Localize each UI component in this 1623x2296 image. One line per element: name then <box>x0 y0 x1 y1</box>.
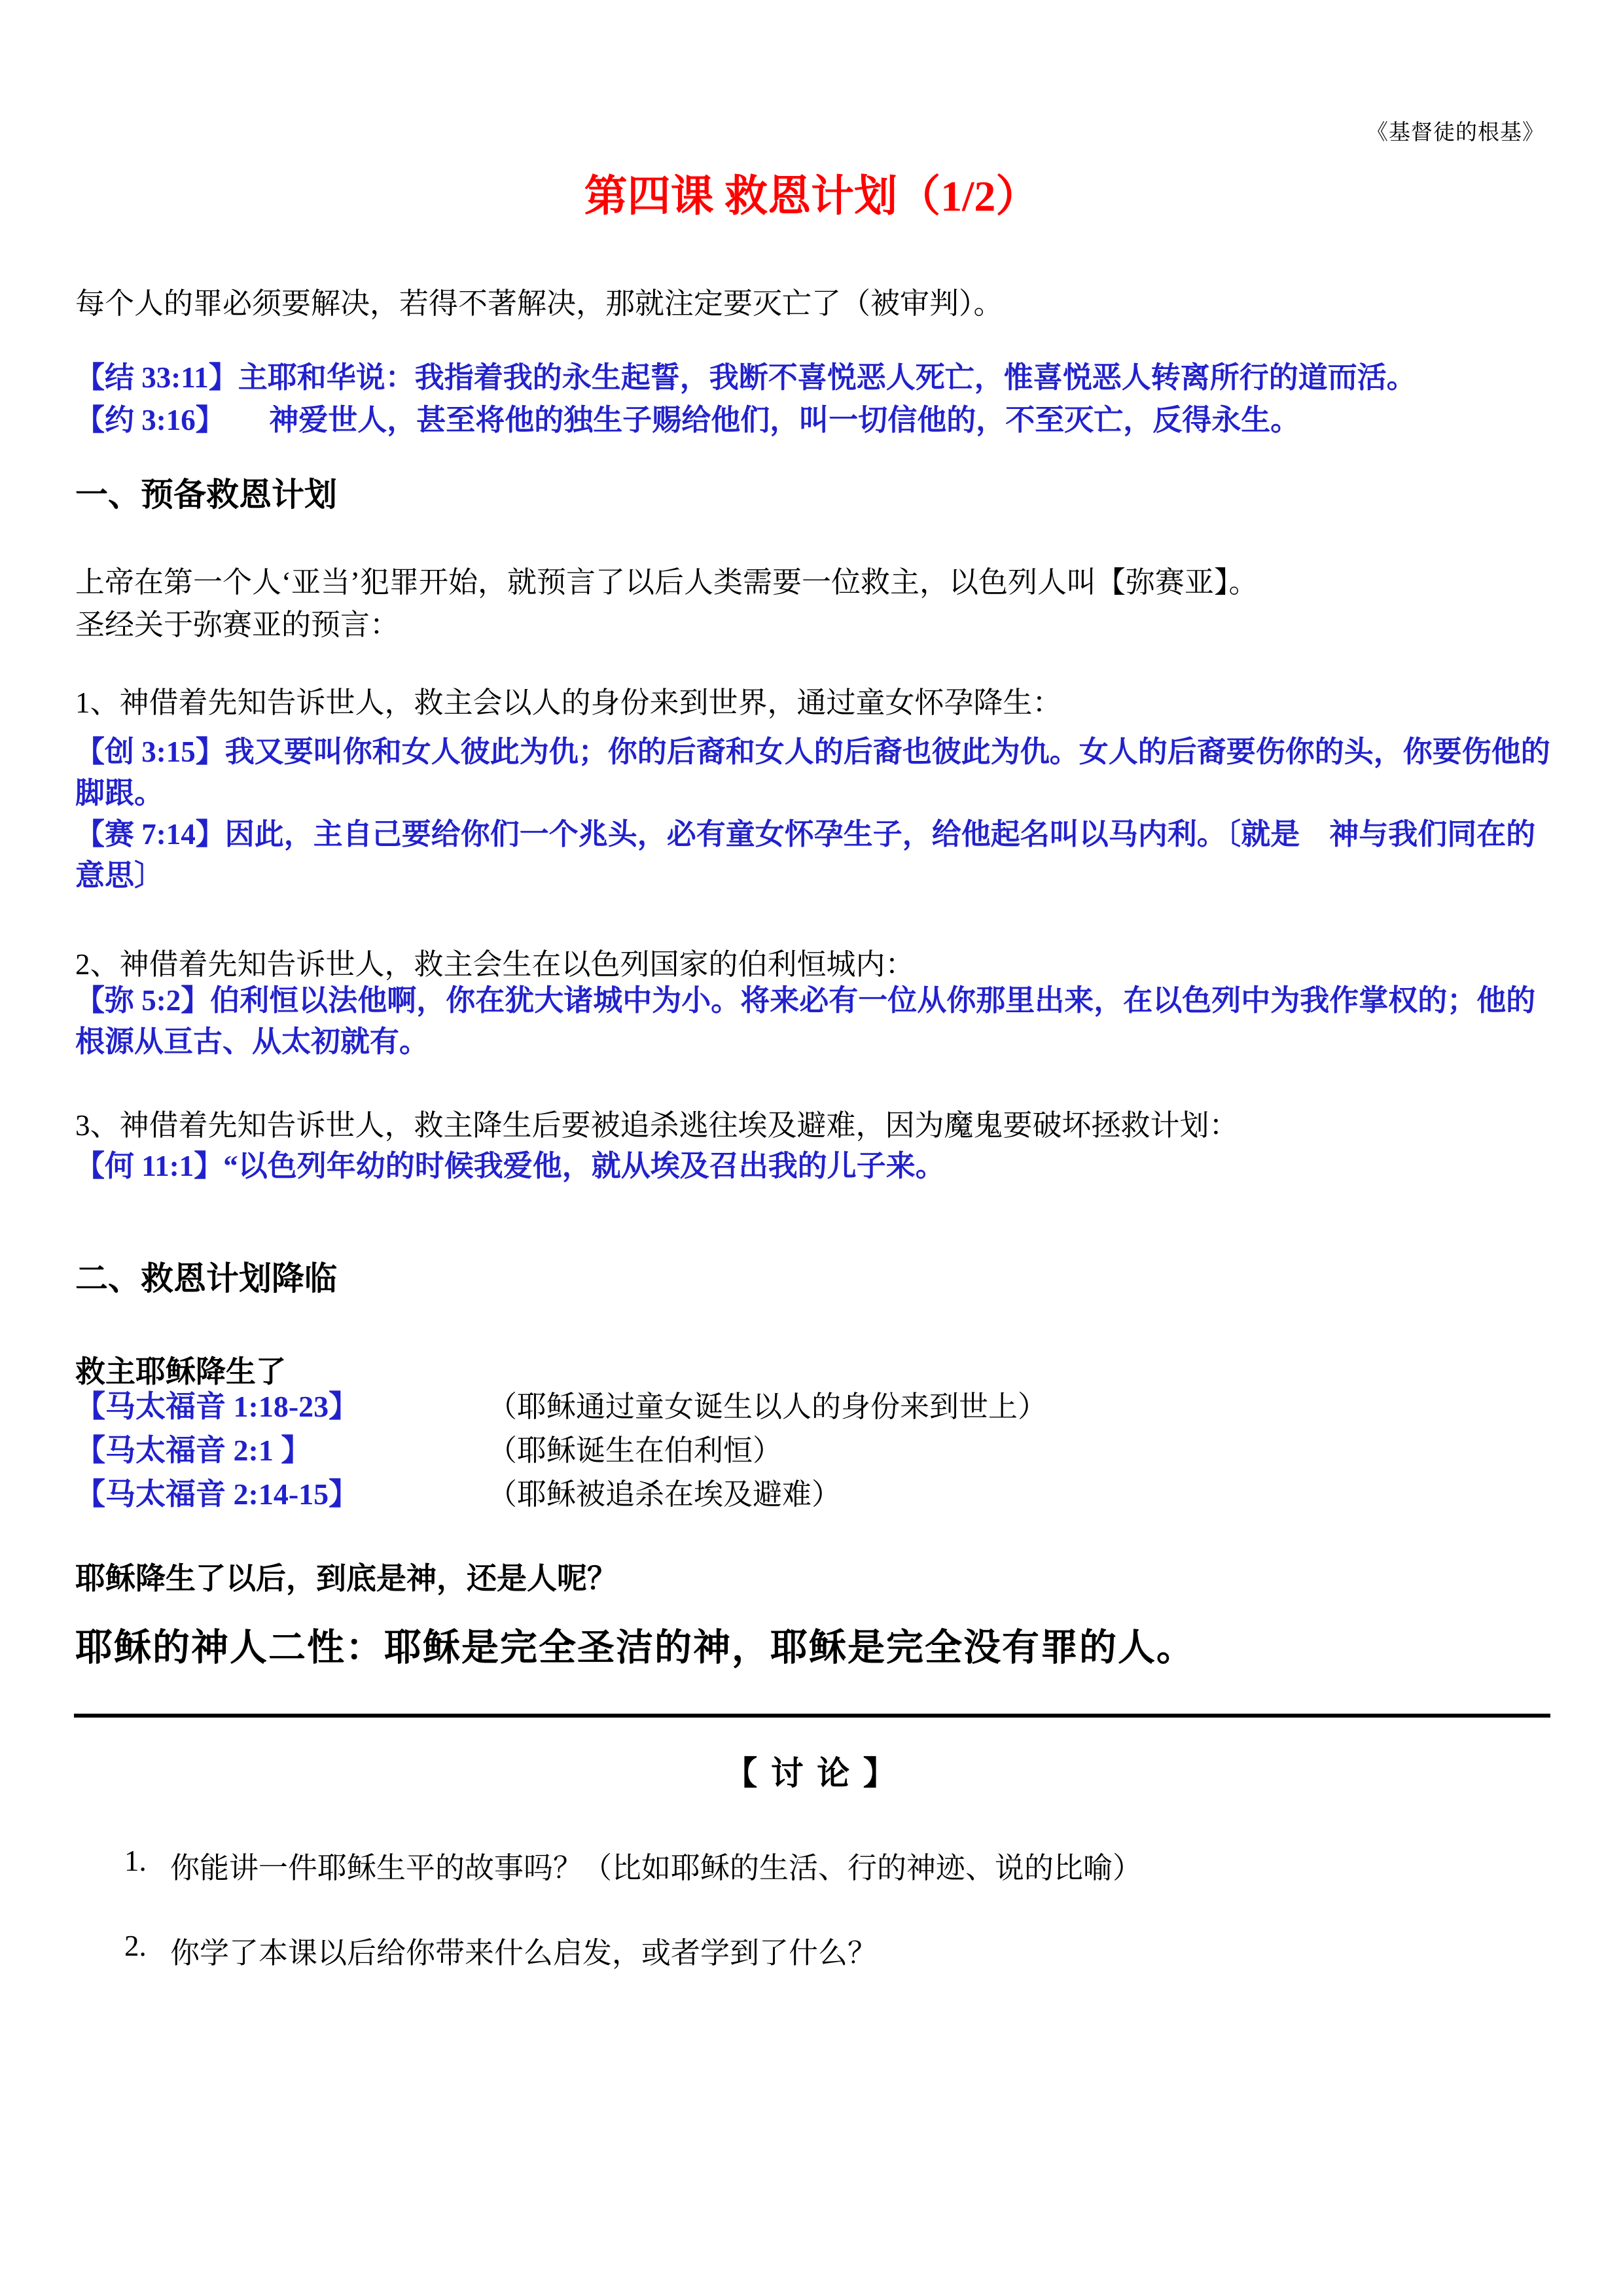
point1-lead: 1、神借着先知告诉世人，救主会以人的身份来到世界，通过童女怀孕降生： <box>75 682 1551 724</box>
verse-line-mic-5-2: 【弥 5:2】伯利恒以法他啊，你在犹大诸城中为小。将来必有一位从你那里出来，在以… <box>75 980 1551 1063</box>
item-text: 你学了本课以后给你带来什么启发，或者学到了什么？ <box>170 1929 877 1971</box>
discussion-title: 【 讨 论 】 <box>0 1747 1623 1794</box>
verse-ref: 【创 3:15】 <box>75 735 225 768</box>
section-divider <box>74 1714 1550 1718</box>
discussion-item-1: 1. 你能讲一件耶稣生平的故事吗？（比如耶稣的生活、行的神迹、说的比喻） <box>124 1844 1499 1886</box>
discussion-item-2: 2. 你学了本课以后给你带来什么启发，或者学到了什么？ <box>124 1929 1499 1971</box>
point3-lead: 3、神借着先知告诉世人，救主降生后要被追杀逃往埃及避难，因为魔鬼要破坏拯救计划： <box>75 1104 1551 1147</box>
lesson-title: 第四课 救恩计划（1/2） <box>0 161 1623 223</box>
matthew-ref-list: 【马太福音 1:18-23】 （耶稣通过童女诞生以人的身份来到世上） 【马太福音… <box>75 1387 1551 1519</box>
verse-ref: 【赛 7:14】 <box>75 818 225 851</box>
verse-line-hos-11-1: 【何 11:1】“以色列年幼的时候我爱他，就从埃及召出我的儿子来。 <box>75 1145 1551 1188</box>
section1-para2: 圣经关于弥赛亚的预言： <box>75 604 1551 646</box>
scripture-note: （耶稣通过童女诞生以人的身份来到世上） <box>488 1387 1047 1426</box>
scripture-ref: 【马太福音 2:1 】 <box>75 1431 488 1470</box>
verse-ref: 【何 11:1】 <box>75 1150 223 1182</box>
verse-line-isa-7-14: 【赛 7:14】因此，主自己要给你们一个兆头，必有童女怀孕生子，给他起名叫以马内… <box>75 814 1551 896</box>
verse-ref: 【结 33:11】 <box>75 361 238 394</box>
scripture-note: （耶稣诞生在伯利恒） <box>488 1431 782 1470</box>
verse-line-eze-33-11: 【结 33:11】主耶和华说：我指着我的永生起誓，我断不喜悦恶人死亡，惟喜悦恶人… <box>75 357 1551 399</box>
verse-ref: 【约 3:16】 <box>75 404 210 436</box>
intro-paragraph: 每个人的罪必须要解决，若得不著解决，那就注定要灭亡了（被审判）。 <box>75 283 1551 325</box>
scripture-ref: 【马太福音 1:18-23】 <box>75 1387 488 1426</box>
dual-nature-statement: 耶稣的神人二性：耶稣是完全圣洁的神，耶稣是完全没有罪的人。 <box>75 1617 1551 1671</box>
verse-text: 我又要叫你和女人彼此为仇；你的后裔和女人的后裔也彼此为仇。女人的后裔要伤你的头，… <box>75 735 1550 809</box>
matthew-ref-row: 【马太福音 2:1 】 （耶稣诞生在伯利恒） <box>75 1431 1551 1475</box>
item-number: 2. <box>124 1929 170 1971</box>
birth-subheading: 救主耶稣降生了 <box>75 1348 1551 1391</box>
scripture-note: （耶稣被追杀在埃及避难） <box>488 1475 841 1514</box>
document-page: 《基督徒的根基》 第四课 救恩计划（1/2） 每个人的罪必须要解决，若得不著解决… <box>0 0 1623 2296</box>
verse-line-gen-3-15: 【创 3:15】我又要叫你和女人彼此为仇；你的后裔和女人的后裔也彼此为仇。女人的… <box>75 732 1551 814</box>
booklet-title: 《基督徒的根基》 <box>1366 115 1544 146</box>
verse-text: 神爱世人，甚至将他的独生子赐给他们，叫一切信他的，不至灭亡，反得永生。 <box>210 404 1300 436</box>
section1-para1: 上帝在第一个人‘亚当’犯罪开始，就预言了以后人类需要一位救主，以色列人叫【弥赛亚… <box>75 561 1551 604</box>
scripture-ref: 【马太福音 2:14-15】 <box>75 1475 488 1514</box>
matthew-ref-row: 【马太福音 2:14-15】 （耶稣被追杀在埃及避难） <box>75 1475 1551 1519</box>
section1-heading: 一、预备救恩计划 <box>75 476 1551 513</box>
intro-verse-block: 【结 33:11】主耶和华说：我指着我的永生起誓，我断不喜悦恶人死亡，惟喜悦恶人… <box>75 357 1551 442</box>
section2-heading: 二、救恩计划降临 <box>75 1260 1551 1297</box>
item-text: 你能讲一件耶稣生平的故事吗？（比如耶稣的生活、行的神迹、说的比喻） <box>170 1844 1142 1886</box>
verse-text: 伯利恒以法他啊，你在犹大诸城中为小。将来必有一位从你那里出来，在以色列中为我作掌… <box>75 984 1535 1058</box>
section1-intro: 上帝在第一个人‘亚当’犯罪开始，就预言了以后人类需要一位救主，以色列人叫【弥赛亚… <box>75 561 1551 646</box>
verse-line-john-3-16: 【约 3:16】 神爱世人，甚至将他的独生子赐给他们，叫一切信他的，不至灭亡，反… <box>75 399 1551 442</box>
verse-text: 主耶和华说：我指着我的永生起誓，我断不喜悦恶人死亡，惟喜悦恶人转离所行的道而活。 <box>238 361 1416 394</box>
item-number: 1. <box>124 1844 170 1886</box>
question-line: 耶稣降生了以后，到底是神，还是人呢？ <box>75 1555 1551 1598</box>
verse-ref: 【弥 5:2】 <box>75 984 210 1017</box>
verse-text: “以色列年幼的时候我爱他，就从埃及召出我的儿子来。 <box>223 1150 945 1182</box>
matthew-ref-row: 【马太福音 1:18-23】 （耶稣通过童女诞生以人的身份来到世上） <box>75 1387 1551 1431</box>
verse-text: 因此，主自己要给你们一个兆头，必有童女怀孕生子，给他起名叫以马内利。〔就是 神与… <box>75 818 1535 892</box>
